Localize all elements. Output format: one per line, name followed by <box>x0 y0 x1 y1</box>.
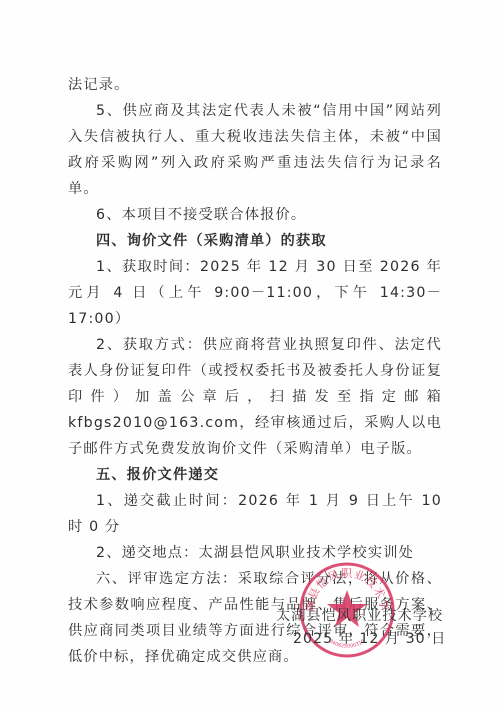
section-heading-5: 五、报价文件递交 <box>68 462 442 488</box>
paragraph-deadline: 1、递交截止时间：2026 年 1 月 9 日上午 10 时 0 分 <box>68 488 442 540</box>
document-page: 法记录。 5、供应商及其法定代表人未被“信用中国”网站列入失信被执行人、重大税收… <box>0 0 500 707</box>
paragraph-acquire-method: 2、获取方式：供应商将营业执照复印件、法定代表人身份证复印件（或授权委托书及被委… <box>68 332 442 462</box>
signature-organization: 太湖县恺风职业技术学校 <box>276 605 443 625</box>
paragraph-item-6: 6、本项目不接受联合体报价。 <box>68 202 442 228</box>
signature-date: 2025 年 12 月 30 日 <box>293 628 446 648</box>
paragraph-continuation: 法记录。 <box>68 72 442 98</box>
paragraph-item-5: 5、供应商及其法定代表人未被“信用中国”网站列入失信被执行人、重大税收违法失信主… <box>68 98 442 202</box>
section-heading-4: 四、询价文件（采购清单）的获取 <box>68 228 442 254</box>
paragraph-acquire-time: 1、获取时间：2025 年 12 月 30 日至 2026 年元月 4 日（上午… <box>68 254 442 332</box>
